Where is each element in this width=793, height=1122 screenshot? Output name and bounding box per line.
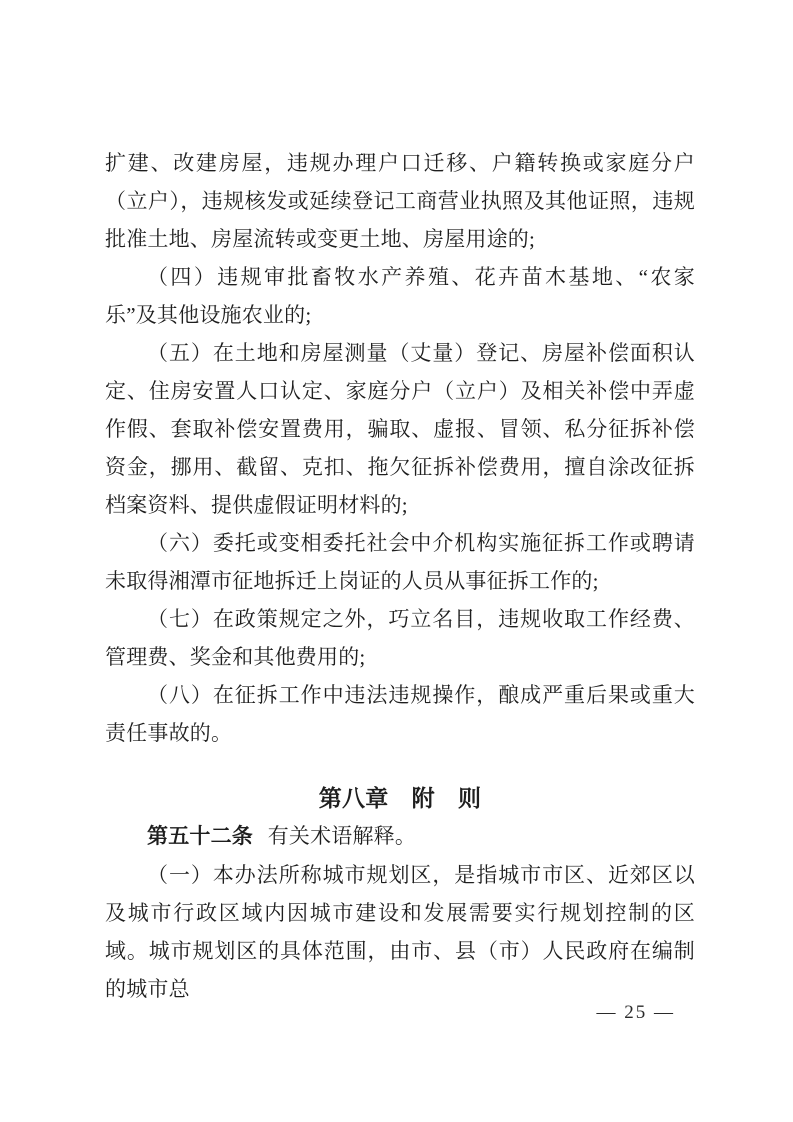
list-item-5: （五）在土地和房屋测量（丈量）登记、房屋补偿面积认定、住房安置人口认定、家庭分户…	[105, 334, 695, 524]
document-page: 扩建、改建房屋，违规办理户口迁移、户籍转换或家庭分户（立户），违规核发或延续登记…	[0, 0, 793, 1122]
article-title: 有关术语解释。	[268, 824, 416, 848]
term-definition-paragraph: （一）本办法所称城市规划区，是指城市市区、近郊区以及城市行政区域内因城市建设和发…	[105, 856, 695, 1008]
list-item-4: （四）违规审批畜牧水产养殖、花卉苗木基地、“农家乐”及其他设施农业的;	[105, 258, 695, 334]
list-item-7: （七）在政策规定之外，巧立名目，违规收取工作经费、管理费、奖金和其他费用的;	[105, 600, 695, 676]
paragraph-continuation: 扩建、改建房屋，违规办理户口迁移、户籍转换或家庭分户（立户），违规核发或延续登记…	[105, 144, 695, 258]
list-item-8: （八）在征拆工作中违法违规操作，酿成严重后果或重大责任事故的。	[105, 676, 695, 752]
article-number: 第五十二条	[147, 825, 253, 848]
page-number: — 25 —	[597, 999, 676, 1027]
chapter-heading: 第八章 附 则	[105, 779, 695, 817]
page-content: 扩建、改建房屋，违规办理户口迁移、户籍转换或家庭分户（立户），违规核发或延续登记…	[105, 144, 695, 1008]
list-item-6: （六）委托或变相委托社会中介机构实施征拆工作或聘请未取得湘潭市征地拆迁上岗证的人…	[105, 524, 695, 600]
article-paragraph: 第五十二条有关术语解释。	[105, 817, 695, 856]
